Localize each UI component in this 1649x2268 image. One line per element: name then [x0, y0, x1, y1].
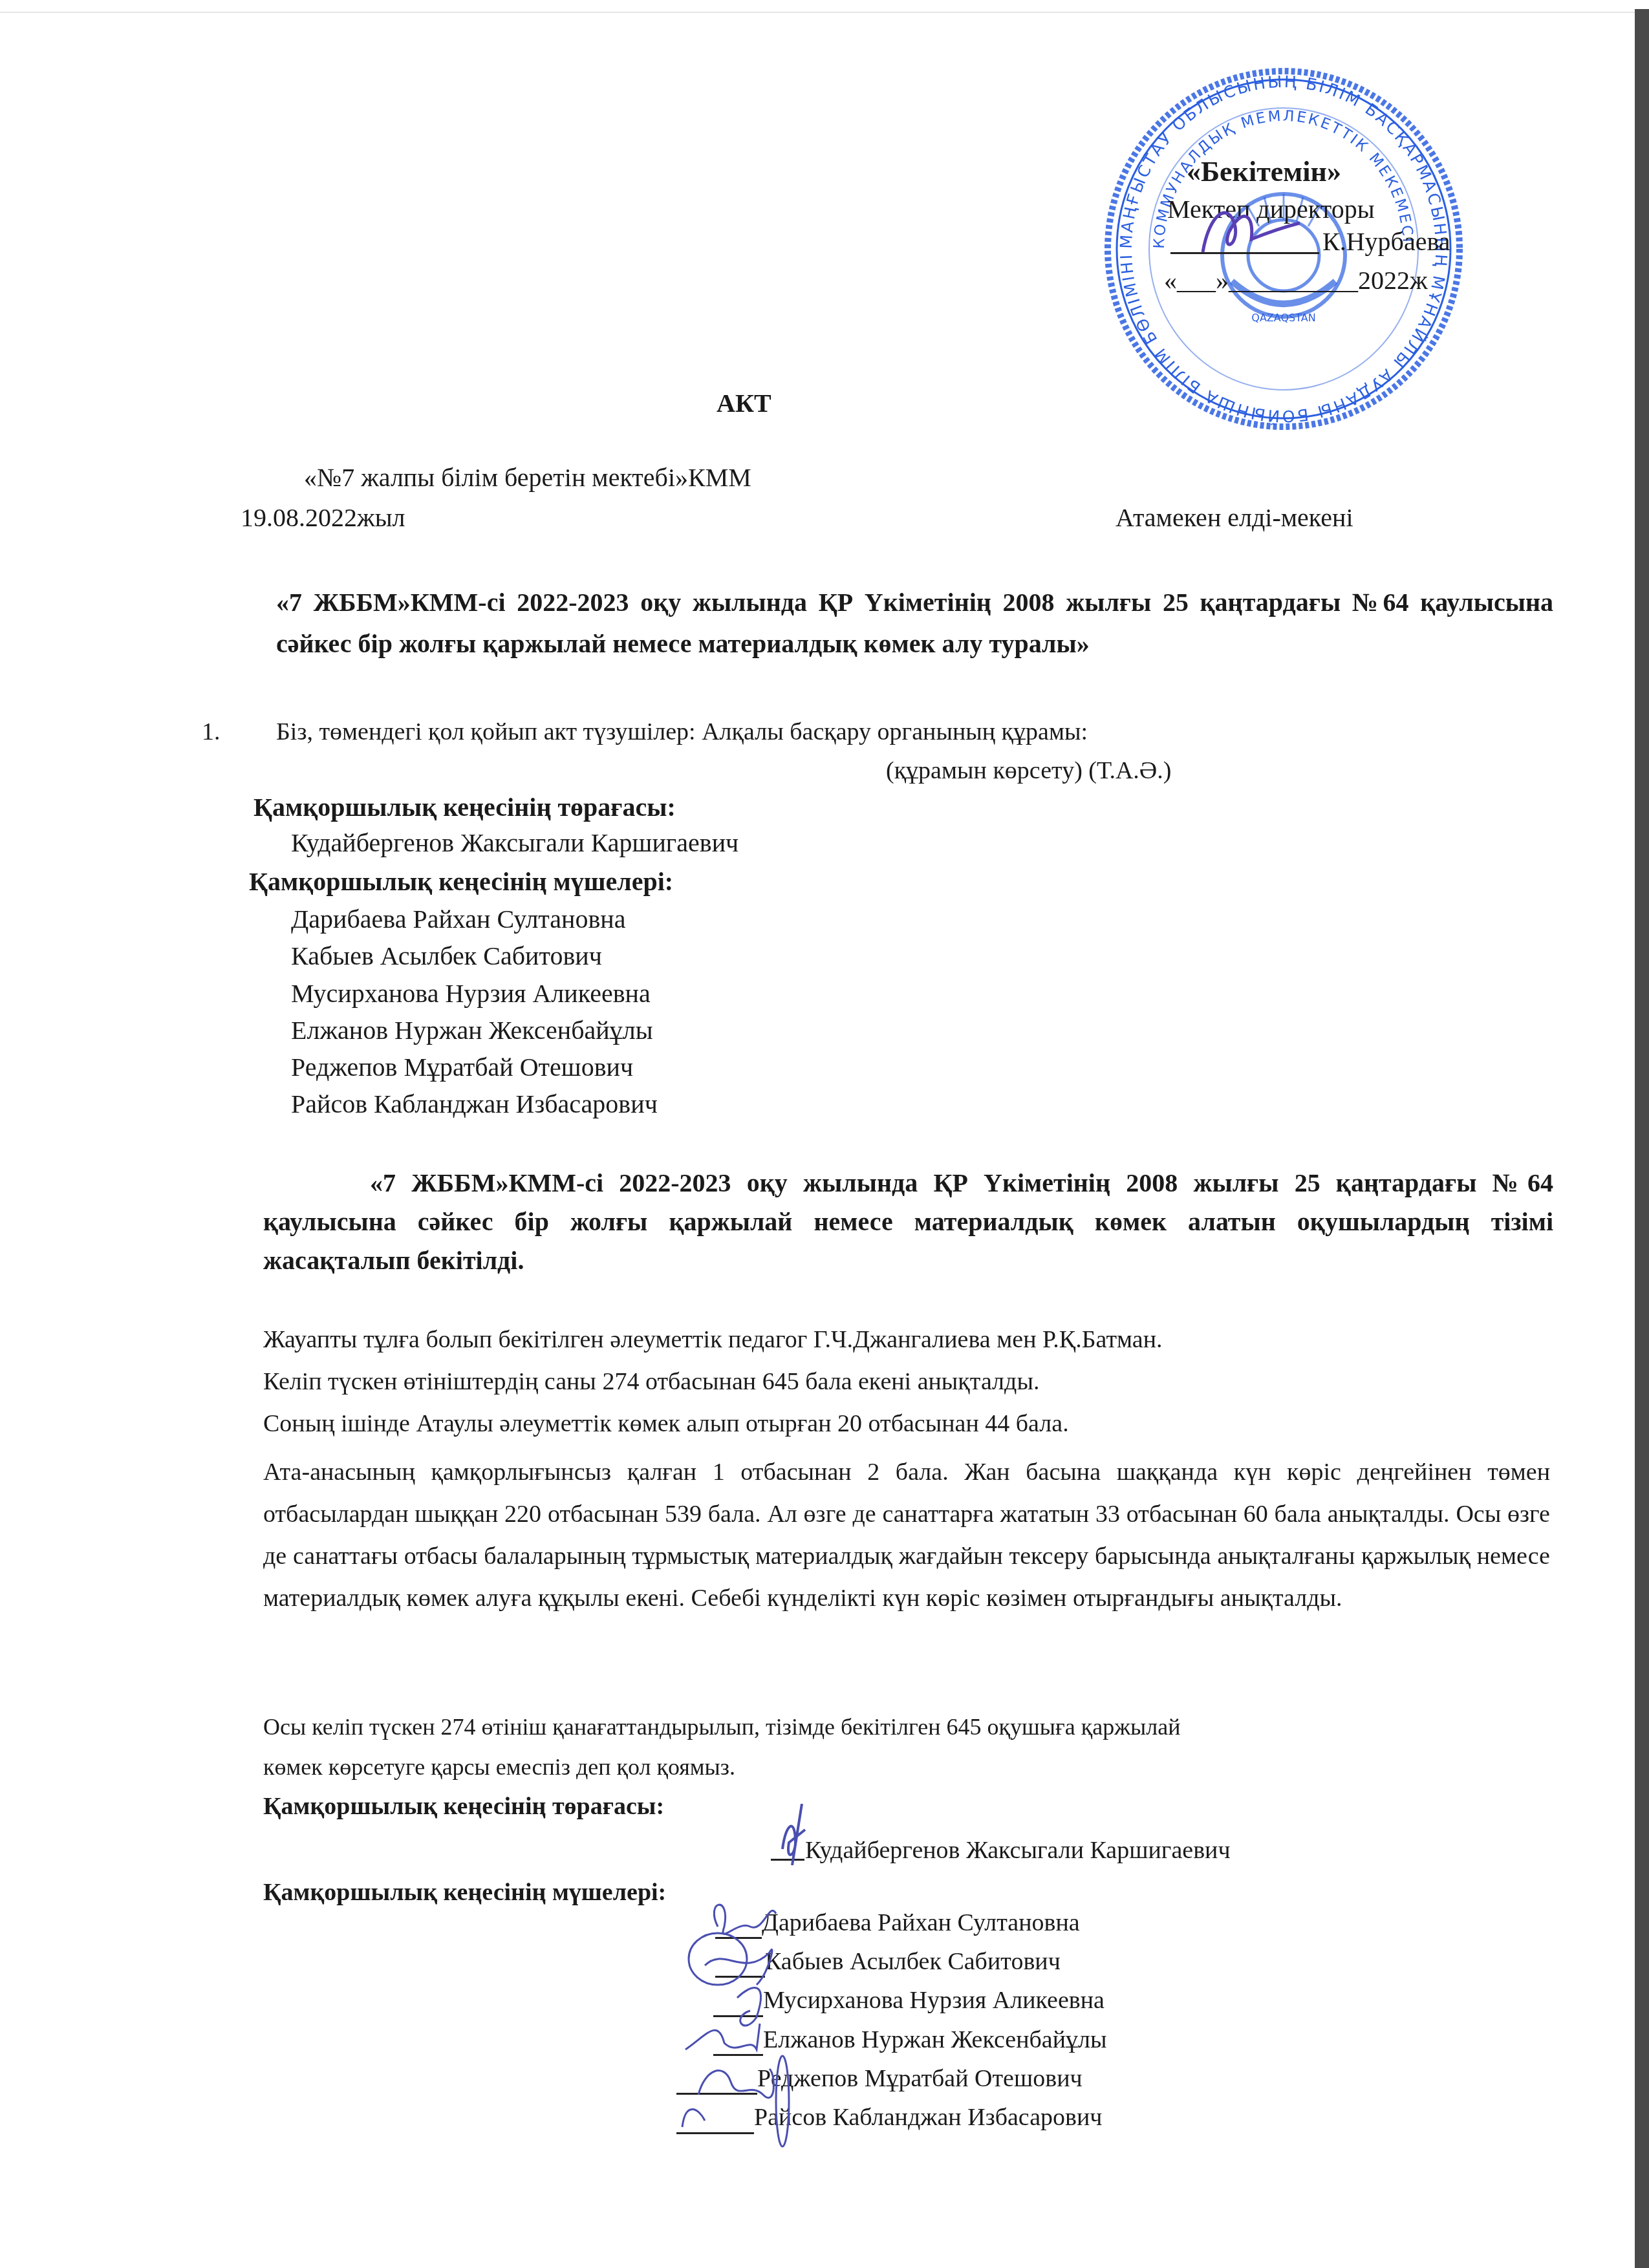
- council-member: Мусирханова Нурзия Аликеевна: [291, 978, 651, 1009]
- body-conclusion-1: Осы келіп түскен 274 өтініш қанағаттанды…: [263, 1713, 1180, 1740]
- signature-member-name: Дарибаева Райхан Султановна: [762, 1909, 1080, 1937]
- council-member: Дарибаева Райхан Султановна: [291, 904, 626, 934]
- council-member: Реджепов Мұратбай Отешович: [291, 1052, 633, 1082]
- body-conclusion-2: көмек көрсетуге қарсы емеспіз деп қол қо…: [263, 1753, 735, 1781]
- signature-member-name: Мусирханова Нурзия Аликеевна: [763, 1986, 1105, 2015]
- act-date: 19.08.2022жыл: [241, 502, 405, 533]
- council-chair-name: Кудайбергенов Жаксыгали Каршигаевич: [291, 828, 738, 858]
- doc-title: АКТ: [717, 388, 771, 418]
- approval-name: К.Нурбаева: [1322, 226, 1450, 257]
- svg-text:QAZAQSTAN: QAZAQSTAN: [1251, 312, 1315, 324]
- signature-icon: [1190, 187, 1306, 265]
- act-location: Атамекен елді-мекені: [1115, 502, 1353, 533]
- scan-top-edge: [0, 12, 1636, 13]
- scan-right-edge: [1635, 9, 1649, 2268]
- council-chair-heading: Қамқоршылық кеңесінің төрағасы:: [253, 792, 676, 822]
- act-subject: «7 ЖББМ»КММ-сі 2022-2023 оқу жылында ҚР …: [276, 582, 1553, 665]
- council-member: Кабыев Асылбек Сабитович: [291, 941, 602, 971]
- section-hint: (құрамын көрсету) (Т.А.Ә.): [886, 756, 1171, 785]
- decision-paragraph: «7 ЖББМ»КММ-сі 2022-2023 оқу жылында ҚР …: [263, 1164, 1553, 1280]
- council-member: Елжанов Нуржан Жексенбайұлы: [291, 1015, 653, 1045]
- council-member: Райсов Кабланджан Избасарович: [291, 1089, 658, 1119]
- signature-icon: [679, 1888, 795, 2159]
- approval-title: «Бекітемін»: [1187, 155, 1341, 188]
- members-signatures: [679, 1888, 795, 2159]
- signatures-chair-heading: Қамқоршылық кеңесінің төрағасы:: [263, 1792, 664, 1821]
- signatures-chair-name: Кудайбергенов Жаксыгали Каршигаевич: [805, 1836, 1231, 1865]
- signatures-members-heading: Қамқоршылық кеңесінің мүшелері:: [263, 1878, 666, 1907]
- body-line-applications: Келіп түскен өтініштердің саны 274 отбас…: [263, 1367, 1039, 1396]
- approval-date: «___»__________2022ж: [1164, 265, 1428, 295]
- organization-name: «№7 жалпы білім беретін мектебі»КММ: [304, 462, 751, 493]
- signature-member-name: Елжанов Нуржан Жексенбайұлы: [763, 2026, 1107, 2054]
- body-line-targeted-aid: Соның ішінде Атаулы әлеуметтік көмек алы…: [263, 1409, 1069, 1438]
- director-signature: [1190, 187, 1306, 265]
- section-number: 1.: [202, 718, 221, 746]
- signature-member-name: Райсов Кабланджан Избасарович: [754, 2103, 1102, 2132]
- council-members-heading: Қамқоршылық кеңесінің мүшелері:: [249, 866, 673, 897]
- section-text: Біз, төмендегі қол қойып акт түзушілер: …: [276, 718, 1088, 746]
- signature-member-name: Реджепов Мұратбай Отешович: [757, 2064, 1083, 2093]
- body-paragraph: Ата-анасының қамқорлығынсыз қалған 1 отб…: [263, 1451, 1550, 1620]
- body-line-responsible: Жауапты тұлға болып бекітілген әлеуметті…: [263, 1325, 1163, 1354]
- signature-member-name: Кабыев Асылбек Сабитович: [765, 1947, 1061, 1976]
